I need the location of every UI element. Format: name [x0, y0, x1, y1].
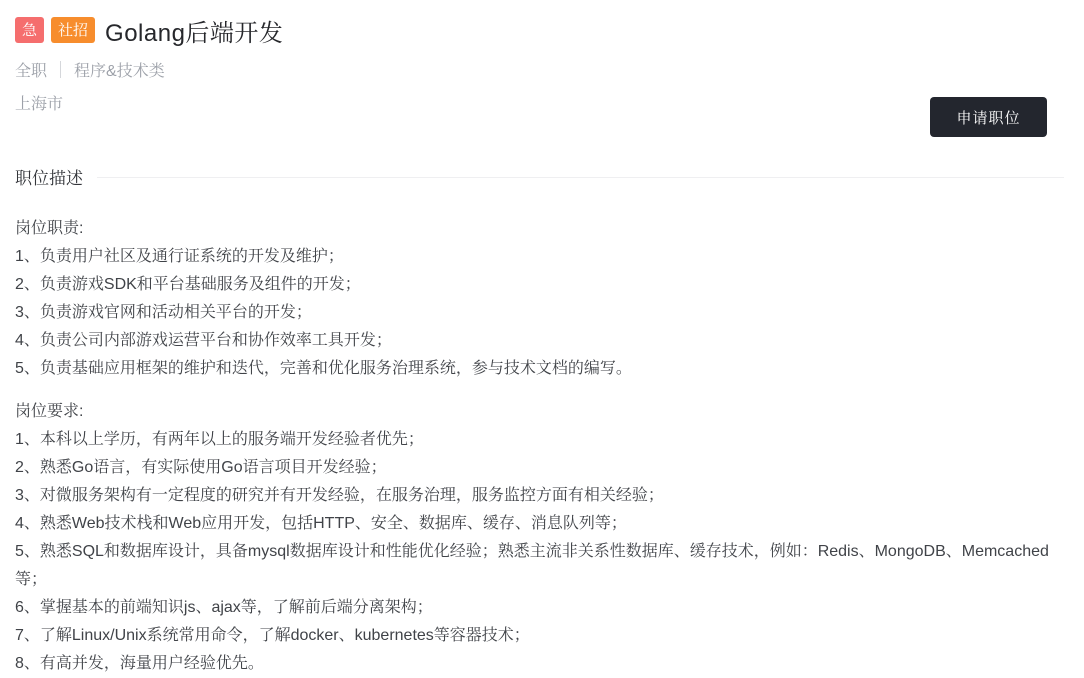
- responsibilities-heading: 岗位职责:: [15, 215, 1064, 243]
- responsibility-item: 2、负责游戏SDK和平台基础服务及组件的开发；: [15, 271, 1064, 299]
- section-divider-line: [97, 177, 1064, 178]
- recruit-type-badge: 社招: [51, 17, 95, 43]
- job-meta-row: 全职 程序&技术类: [15, 58, 1064, 81]
- requirements-block: 岗位要求: 1、本科以上学历，有两年以上的服务端开发经验者优先； 2、熟悉Go语…: [15, 398, 1064, 678]
- requirement-item: 4、熟悉Web技术栈和Web应用开发，包括HTTP、安全、数据库、缓存、消息队列…: [15, 510, 1064, 538]
- job-category-label: 程序&技术类: [74, 58, 165, 81]
- responsibility-item: 5、负责基础应用框架的维护和迭代，完善和优化服务治理系统，参与技术文档的编写。: [15, 355, 1064, 383]
- section-header: 职位描述: [15, 164, 1064, 189]
- job-header: 急 社招 Golang后端开发: [15, 15, 1064, 45]
- requirement-item: 1、本科以上学历，有两年以上的服务端开发经验者优先；: [15, 426, 1064, 454]
- job-location-label: 上海市: [15, 91, 1064, 114]
- apply-button[interactable]: 申请职位: [930, 97, 1047, 137]
- section-title: 职位描述: [15, 164, 83, 189]
- responsibility-item: 4、负责公司内部游戏运营平台和协作效率工具开发；: [15, 327, 1064, 355]
- responsibility-item: 1、负责用户社区及通行证系统的开发及维护；: [15, 243, 1064, 271]
- meta-divider: [60, 61, 61, 78]
- employment-type-label: 全职: [15, 58, 47, 81]
- responsibilities-block: 岗位职责: 1、负责用户社区及通行证系统的开发及维护； 2、负责游戏SDK和平台…: [15, 215, 1064, 383]
- job-title: Golang后端开发: [105, 13, 283, 48]
- requirement-item: 8、有高并发，海量用户经验优先。: [15, 650, 1064, 678]
- job-posting-page: 急 社招 Golang后端开发 全职 程序&技术类 上海市 申请职位 职位描述 …: [0, 0, 1084, 678]
- urgent-badge: 急: [15, 17, 44, 43]
- requirement-item: 5、熟悉SQL和数据库设计，具备mysql数据库设计和性能优化经验；熟悉主流非关…: [15, 538, 1064, 594]
- responsibility-item: 3、负责游戏官网和活动相关平台的开发；: [15, 299, 1064, 327]
- requirements-heading: 岗位要求:: [15, 398, 1064, 426]
- requirement-item: 6、掌握基本的前端知识js、ajax等，了解前后端分离架构；: [15, 594, 1064, 622]
- requirement-item: 3、对微服务架构有一定程度的研究并有开发经验，在服务治理，服务监控方面有相关经验…: [15, 482, 1064, 510]
- requirement-item: 7、了解Linux/Unix系统常用命令，了解docker、kubernetes…: [15, 622, 1064, 650]
- requirement-item: 2、熟悉Go语言，有实际使用Go语言项目开发经验；: [15, 454, 1064, 482]
